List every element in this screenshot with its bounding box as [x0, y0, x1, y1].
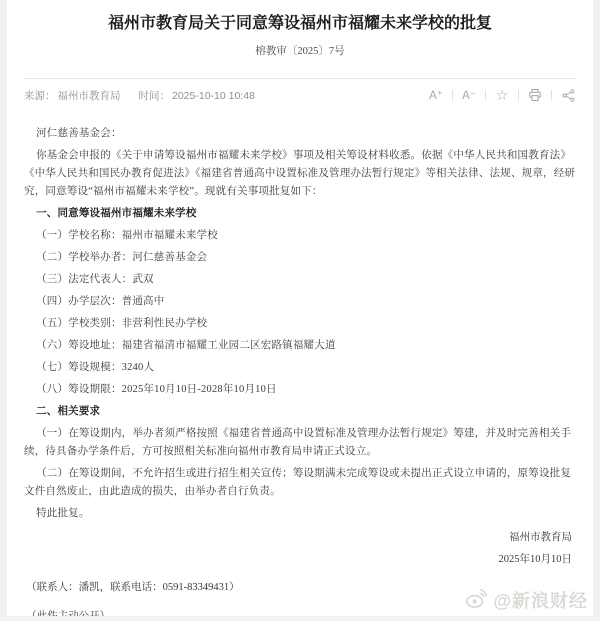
toolbar-separator [452, 90, 453, 101]
watermark-text: @新浪财经 [493, 587, 588, 613]
page-title: 福州市教育局关于同意筹设福州市福耀未来学校的批复 [52, 13, 548, 34]
item-school-category: （五）学校类别：非营利性民办学校 [24, 315, 576, 333]
print-icon[interactable] [527, 87, 543, 103]
item-planned-scale: （七）筹设规模：3240人 [24, 359, 576, 377]
section-heading-2: 二、相关要求 [24, 403, 576, 421]
item-school-organizer: （二）学校举办者：河仁慈善基金会 [24, 249, 576, 267]
intro-paragraph: 你基金会申报的《关于申请筹设福州市福耀未来学校》事项及相关筹设材料收悉。依据《中… [24, 147, 576, 201]
source-value: 福州市教育局 [58, 90, 121, 102]
article-meta-bar: 来源：福州市教育局时间：2025-10-10 10:48 A⁺ A⁻ ☆ [24, 79, 576, 110]
item-legal-representative: （三）法定代表人：武双 [24, 271, 576, 289]
requirement-paragraph-2: （二）在筹设期间，不允许招生或进行招生相关宣传；筹设期满未完成筹设或未提出正式设… [24, 465, 576, 501]
item-education-level: （四）办学层次：普通高中 [24, 293, 576, 311]
requirement-paragraph-1: （一）在筹设期内，举办者须严格按照《福建省普通高中设置标准及管理办法暂行规定》筹… [24, 425, 576, 461]
article-page: 福州市教育局关于同意筹设福州市福耀未来学校的批复 榕教审〔2025〕7号 来源：… [0, 0, 600, 621]
document-body: 河仁慈善基金会： 你基金会申报的《关于申请筹设福州市福耀未来学校》事项及相关筹设… [24, 125, 576, 523]
source-label: 来源： [24, 90, 56, 102]
document-number: 榕教审〔2025〕7号 [24, 43, 576, 58]
item-planning-period: （八）筹设期限：2025年10月10日-2028年10月10日 [24, 381, 576, 399]
weibo-logo-icon [465, 586, 490, 614]
closing-statement: 特此批复。 [24, 505, 576, 523]
signature-date: 2025年10月10日 [24, 551, 572, 569]
salutation-line: 河仁慈善基金会： [24, 125, 576, 143]
toolbar-separator [485, 90, 486, 101]
page-right-margin [593, 0, 600, 621]
time-value: 2025-10-10 10:48 [172, 90, 255, 102]
page-bottom-margin [0, 616, 600, 621]
watermark: @新浪财经 [465, 586, 588, 614]
item-planned-address: （六）筹设地址：福建省福清市福耀工业园二区宏路镇福耀大道 [24, 337, 576, 355]
toolbar-separator [551, 90, 552, 101]
time-label: 时间： [139, 90, 171, 102]
page-left-margin [0, 0, 7, 621]
share-icon[interactable] [560, 87, 576, 103]
favorite-star-icon[interactable]: ☆ [494, 87, 510, 103]
article-meta-info: 来源：福州市教育局时间：2025-10-10 10:48 [24, 88, 257, 103]
section-heading-1: 一、同意筹设福州市福耀未来学校 [24, 205, 576, 223]
font-decrease-button[interactable]: A⁻ [461, 87, 477, 103]
toolbar-separator [518, 90, 519, 101]
article-toolbar: A⁺ A⁻ ☆ [428, 87, 576, 103]
item-school-name: （一）学校名称：福州市福耀未来学校 [24, 227, 576, 245]
signer-name: 福州市教育局 [24, 529, 572, 547]
font-increase-button[interactable]: A⁺ [428, 87, 444, 103]
